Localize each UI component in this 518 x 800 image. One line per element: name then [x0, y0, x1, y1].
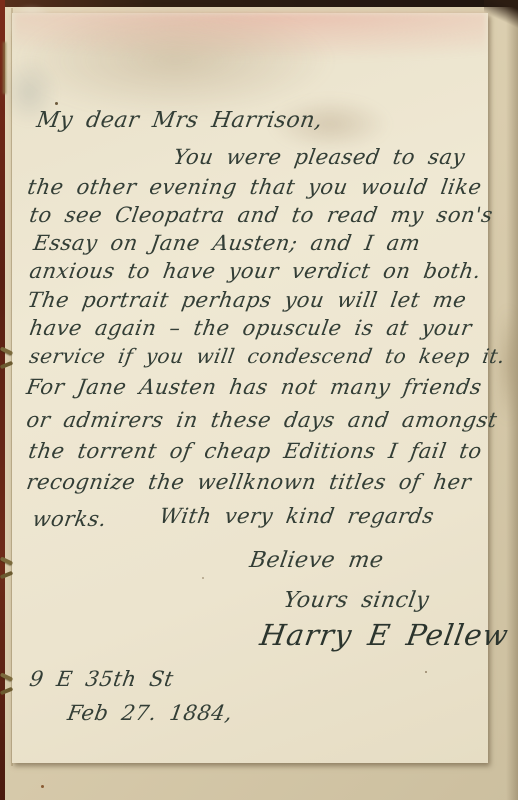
body-line: recognize the wellknown titles of her [25, 472, 473, 493]
book-cover-top-edge [0, 0, 518, 7]
body-line: or admirers in these days and amongst [25, 410, 499, 431]
body-line: anxious to have your verdict on both. [28, 261, 483, 282]
date-line: Feb 27. 1884, [66, 703, 234, 724]
regards-line: With very kind regards [158, 506, 436, 527]
salutation-line: My dear Mrs Harrison, [35, 110, 324, 132]
body-line: You were pleased to say [172, 147, 467, 168]
body-line: Essay on Jane Austen; and I am [32, 233, 422, 254]
paper-speck [202, 577, 204, 579]
body-line: the other evening that you would like [26, 177, 483, 198]
binding-stitch [0, 346, 15, 376]
body-line: the torrent of cheap Editions I fail to [27, 441, 483, 462]
valediction-line: Yours sincly [282, 590, 431, 612]
binding-stitch [0, 672, 15, 702]
body-line: to see Cleopatra and to read my son's [28, 205, 494, 226]
paper-speck [425, 671, 427, 673]
scanned-letter-scan: My dear Mrs Harrison, You were pleased t… [0, 0, 518, 800]
body-line: service if you will condescend to keep i… [28, 346, 507, 366]
binding-glue-streak [3, 42, 6, 94]
body-line: The portrait perhaps you will let me [26, 290, 468, 311]
book-cover-corner [484, 0, 518, 30]
body-line: works. [31, 509, 108, 530]
body-line: have again – the opuscule is at your [28, 318, 473, 339]
body-line: For Jane Austen has not many friends [25, 377, 483, 398]
paper-speck [41, 785, 44, 788]
paper-speck [55, 102, 58, 105]
closing-line: Believe me [248, 550, 385, 572]
signature: Harry E Pellew [258, 621, 511, 650]
address-line: 9 E 35th St [28, 669, 175, 690]
binding-stitch [0, 556, 15, 586]
